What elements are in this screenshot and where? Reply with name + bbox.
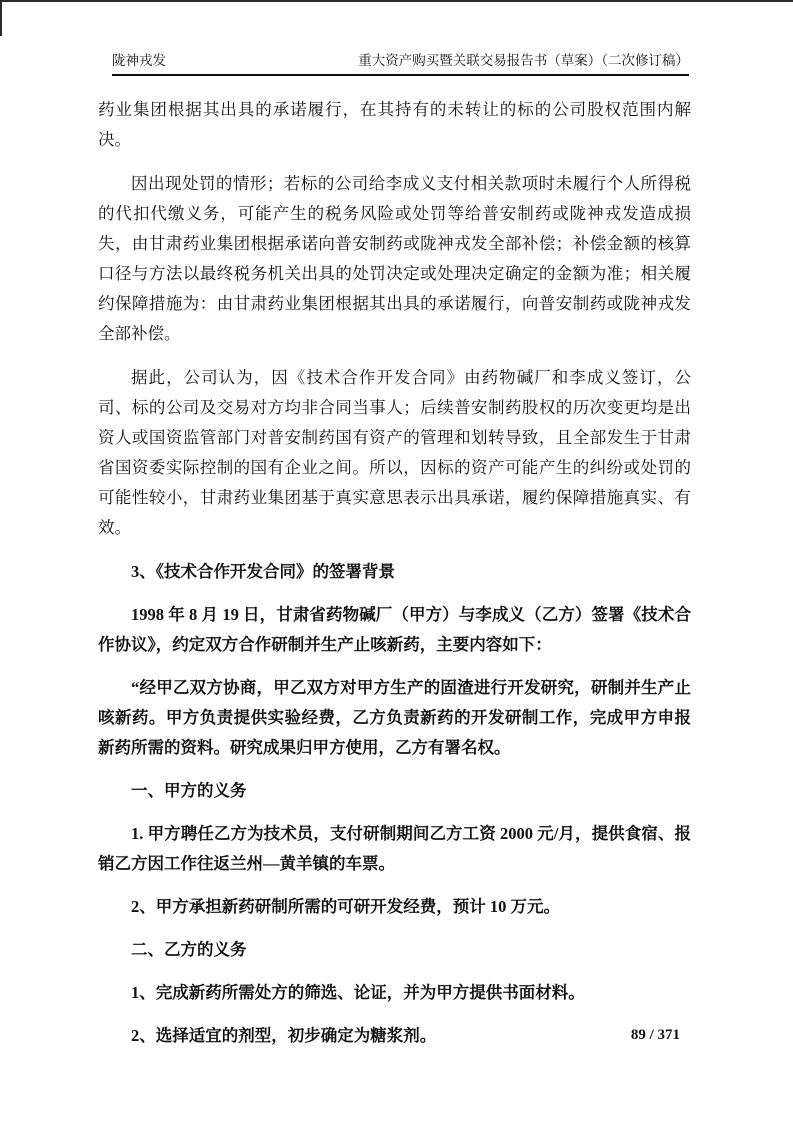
paragraph-emphasis: 1、完成新药所需处方的筛选、论证，并为甲方提供书面材料。 — [98, 978, 691, 1008]
page-top-edge-line — [0, 0, 793, 2]
page-number: 89 / 371 — [631, 1027, 680, 1043]
paragraph: 因出现处罚的情形；若标的公司给李成义支付相关款项时未履行个人所得税的代扣代缴义务… — [98, 169, 691, 349]
paragraph-emphasis: 2、选择适宜的剂型，初步确定为糖浆剂。 — [98, 1021, 691, 1051]
subsection-heading: 二、乙方的义务 — [98, 935, 691, 965]
paragraph-emphasis: 2、甲方承担新药研制所需的可研开发经费，预计 10 万元。 — [98, 892, 691, 922]
paragraph-continuation: 药业集团根据其出具的承诺履行，在其持有的未转让的标的公司股权范围内解决。 — [98, 95, 691, 155]
header-report-title: 重大资产购买暨关联交易报告书（草案）（二次修订稿） — [358, 52, 689, 69]
paragraph-emphasis: 1. 甲方聘任乙方为技术员，支付研制期间乙方工资 2000 元/月，提供食宿、报… — [98, 819, 691, 879]
section-heading: 3、《技术合作开发合同》的签署背景 — [98, 557, 691, 587]
document-body: 药业集团根据其出具的承诺履行，在其持有的未转让的标的公司股权范围内解决。 因出现… — [98, 95, 691, 1064]
paragraph-emphasis: 1998 年 8 月 19 日，甘肃省药物碱厂（甲方）与李成义（乙方）签署《技术… — [98, 600, 691, 660]
paragraph-emphasis: “经甲乙双方协商，甲乙双方对甲方生产的固渣进行开发研究，研制并生产止咳新药。甲方… — [98, 673, 691, 763]
subsection-heading: 一、甲方的义务 — [98, 776, 691, 806]
page-left-edge-stub — [0, 2, 2, 36]
document-header: 陇神戎发 重大资产购买暨关联交易报告书（草案）（二次修订稿） — [112, 52, 689, 76]
document-page: 陇神戎发 重大资产购买暨关联交易报告书（草案）（二次修订稿） 药业集团根据其出具… — [0, 0, 793, 1122]
page-footer: 89 / 371 — [631, 1026, 680, 1044]
paragraph: 据此，公司认为，因《技术合作开发合同》由药物碱厂和李成义签订，公司、标的公司及交… — [98, 363, 691, 543]
header-company-short-name: 陇神戎发 — [112, 52, 166, 69]
